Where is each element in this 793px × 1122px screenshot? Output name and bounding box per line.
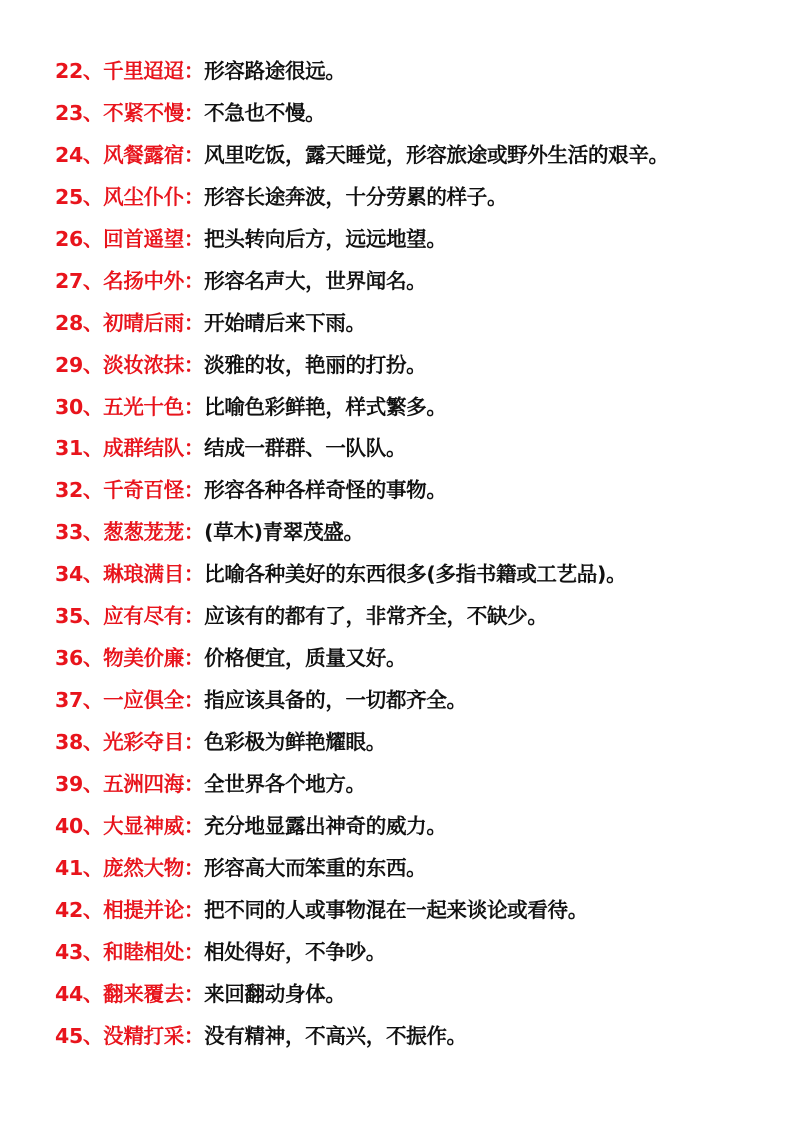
idiom-label: 25、风尘仆仆： — [55, 185, 204, 209]
idiom-entry-34: 34、琳琅满目：比喻各种美好的东西很多(多指书籍或工艺品)。 — [55, 559, 669, 601]
idiom-definition: 淡雅的妆，艳丽的打扮。 — [204, 353, 426, 377]
idiom-entry-44: 44、翻来覆去：来回翻动身体。 — [55, 979, 669, 1021]
idiom-entry-25: 25、风尘仆仆：形容长途奔波，十分劳累的样子。 — [55, 182, 669, 224]
idiom-entry-23: 23、不紧不慢：不急也不慢。 — [55, 98, 669, 140]
idiom-entry-32: 32、千奇百怪：形容各种各样奇怪的事物。 — [55, 475, 669, 517]
idiom-entry-29: 29、淡妆浓抹：淡雅的妆，艳丽的打扮。 — [55, 350, 669, 392]
idiom-definition: 把头转向后方，远远地望。 — [204, 227, 446, 251]
idiom-label: 28、初晴后雨： — [55, 311, 204, 335]
idiom-entry-39: 39、五洲四海：全世界各个地方。 — [55, 769, 669, 811]
idiom-label: 37、一应俱全： — [55, 688, 204, 712]
idiom-entry-35: 35、应有尽有：应该有的都有了，非常齐全，不缺少。 — [55, 601, 669, 643]
idiom-label: 41、庞然大物： — [55, 856, 204, 880]
idiom-entry-42: 42、相提并论：把不同的人或事物混在一起来谈论或看待。 — [55, 895, 669, 937]
idiom-label: 29、淡妆浓抹： — [55, 353, 204, 377]
idiom-definition: (草木)青翠茂盛。 — [204, 520, 364, 544]
idiom-label: 22、千里迢迢： — [55, 59, 204, 83]
idiom-definition: 充分地显露出神奇的威力。 — [204, 814, 446, 838]
idiom-label: 36、物美价廉： — [55, 646, 204, 670]
idiom-label: 44、翻来覆去： — [55, 982, 204, 1006]
idiom-entry-22: 22、千里迢迢：形容路途很远。 — [55, 56, 669, 98]
idiom-label: 32、千奇百怪： — [55, 478, 204, 502]
idiom-definition: 把不同的人或事物混在一起来谈论或看待。 — [204, 898, 588, 922]
idiom-label: 45、没精打采： — [55, 1024, 204, 1048]
idiom-definition: 开始晴后来下雨。 — [204, 311, 366, 335]
idiom-label: 35、应有尽有： — [55, 604, 204, 628]
idiom-entry-28: 28、初晴后雨：开始晴后来下雨。 — [55, 308, 669, 350]
idiom-entry-37: 37、一应俱全：指应该具备的，一切都齐全。 — [55, 685, 669, 727]
idiom-definition: 色彩极为鲜艳耀眼。 — [204, 730, 386, 754]
idiom-label: 38、光彩夺目： — [55, 730, 204, 754]
idiom-definition: 指应该具备的，一切都齐全。 — [204, 688, 467, 712]
idiom-definition: 形容各种各样奇怪的事物。 — [204, 478, 446, 502]
idiom-label: 30、五光十色： — [55, 395, 204, 419]
idiom-definition: 形容路途很远。 — [204, 59, 345, 83]
idiom-entry-31: 31、成群结队：结成一群群、一队队。 — [55, 433, 669, 475]
idiom-label: 33、葱葱茏茏： — [55, 520, 204, 544]
idiom-entry-38: 38、光彩夺目：色彩极为鲜艳耀眼。 — [55, 727, 669, 769]
idiom-label: 42、相提并论： — [55, 898, 204, 922]
idiom-label: 31、成群结队： — [55, 436, 204, 460]
idiom-label: 39、五洲四海： — [55, 772, 204, 796]
idiom-entry-45: 45、没精打采：没有精神，不高兴，不振作。 — [55, 1021, 669, 1063]
idiom-entry-26: 26、回首遥望：把头转向后方，远远地望。 — [55, 224, 669, 266]
idiom-entry-41: 41、庞然大物：形容高大而笨重的东西。 — [55, 853, 669, 895]
idiom-definition: 形容长途奔波，十分劳累的样子。 — [204, 185, 507, 209]
idiom-entry-36: 36、物美价廉：价格便宜，质量又好。 — [55, 643, 669, 685]
idiom-label: 43、和睦相处： — [55, 940, 204, 964]
idiom-entry-43: 43、和睦相处：相处得好，不争吵。 — [55, 937, 669, 979]
idiom-list: 22、千里迢迢：形容路途很远。 23、不紧不慢：不急也不慢。 24、风餐露宿：风… — [55, 56, 669, 1063]
idiom-definition: 风里吃饭，露天睡觉，形容旅途或野外生活的艰辛。 — [204, 143, 669, 167]
idiom-definition: 相处得好，不争吵。 — [204, 940, 386, 964]
idiom-entry-40: 40、大显神威：充分地显露出神奇的威力。 — [55, 811, 669, 853]
idiom-label: 40、大显神威： — [55, 814, 204, 838]
idiom-entry-24: 24、风餐露宿：风里吃饭，露天睡觉，形容旅途或野外生活的艰辛。 — [55, 140, 669, 182]
idiom-label: 27、名扬中外： — [55, 269, 204, 293]
idiom-definition: 应该有的都有了，非常齐全，不缺少。 — [204, 604, 547, 628]
idiom-entry-30: 30、五光十色：比喻色彩鲜艳，样式繁多。 — [55, 392, 669, 434]
idiom-definition: 不急也不慢。 — [204, 101, 325, 125]
idiom-definition: 没有精神，不高兴，不振作。 — [204, 1024, 467, 1048]
idiom-label: 23、不紧不慢： — [55, 101, 204, 125]
idiom-label: 34、琳琅满目： — [55, 562, 204, 586]
idiom-definition: 形容高大而笨重的东西。 — [204, 856, 426, 880]
idiom-definition: 全世界各个地方。 — [204, 772, 366, 796]
idiom-definition: 来回翻动身体。 — [204, 982, 345, 1006]
idiom-definition: 比喻各种美好的东西很多(多指书籍或工艺品)。 — [204, 562, 626, 586]
idiom-label: 26、回首遥望： — [55, 227, 204, 251]
idiom-entry-27: 27、名扬中外：形容名声大，世界闻名。 — [55, 266, 669, 308]
idiom-definition: 比喻色彩鲜艳，样式繁多。 — [204, 395, 446, 419]
idiom-definition: 形容名声大，世界闻名。 — [204, 269, 426, 293]
idiom-label: 24、风餐露宿： — [55, 143, 204, 167]
idiom-entry-33: 33、葱葱茏茏：(草木)青翠茂盛。 — [55, 517, 669, 559]
idiom-definition: 价格便宜，质量又好。 — [204, 646, 406, 670]
idiom-definition: 结成一群群、一队队。 — [204, 436, 406, 460]
